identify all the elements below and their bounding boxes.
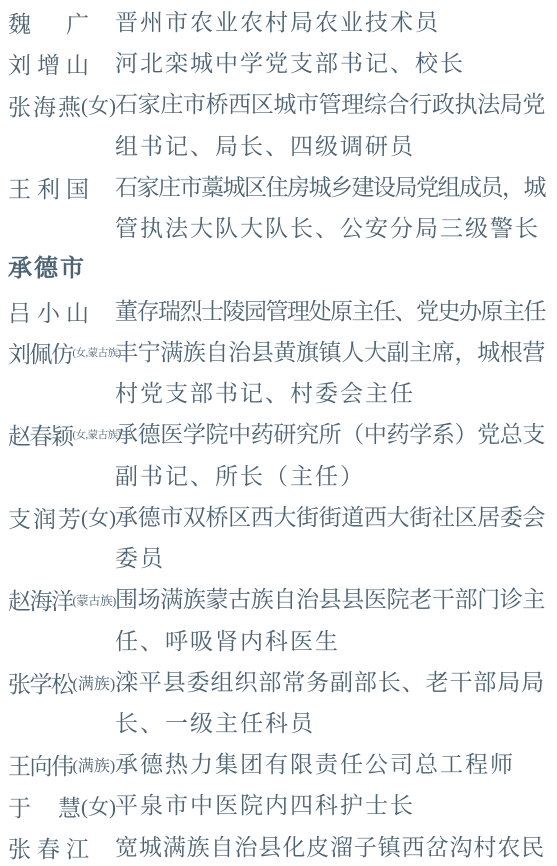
- person-title-line: 村党支部书记、村委会主任: [115, 373, 545, 414]
- person-title-line: 长、一级主任科员: [115, 703, 545, 744]
- person-name-text: 赵海洋: [8, 583, 73, 616]
- person-name: 王利国: [8, 167, 115, 208]
- honor-roll-list: 魏 广晋州市农业农村局农业技术员刘增山河北栾城中学党支部书记、校长张海燕(女)石…: [0, 2, 557, 866]
- person-title: 石家庄市藁城区住房城乡建设局党组成员，城管执法大队大队长、公安分局三级警长: [115, 167, 545, 249]
- person-name: 魏 广: [8, 2, 115, 43]
- person-name: 王向伟(满族): [8, 744, 115, 785]
- person-name-text: 吕小山: [8, 295, 95, 328]
- document-page: 魏 广晋州市农业农村局农业技术员刘增山河北栾城中学党支部书记、校长张海燕(女)石…: [0, 0, 557, 866]
- person-name-text: 刘增山: [8, 47, 95, 80]
- person-entry: 赵海洋(蒙古族)围场满族蒙古族自治县县医院老干部门诊主任、呼吸肾内科医生: [0, 579, 557, 661]
- person-name: 刘佩仿(女,蒙古族): [8, 332, 115, 373]
- person-entry: 王利国石家庄市藁城区住房城乡建设局党组成员，城管执法大队大队长、公安分局三级警长: [0, 167, 557, 249]
- person-name-annotation: (女,蒙古族): [73, 427, 121, 442]
- person-entry: 刘佩仿(女,蒙古族)丰宁满族自治县黄旗镇人大副主席，城根营村党支部书记、村委会主…: [0, 332, 557, 414]
- person-entry: 魏 广晋州市农业农村局农业技术员: [0, 2, 557, 43]
- person-title: 承德市双桥区西大街街道西大街社区居委会委员: [115, 497, 545, 579]
- person-title-line: 平泉市中医院内四科护士长: [115, 785, 545, 826]
- person-name-annotation: (女): [81, 502, 116, 532]
- person-title-line: 河北栾城中学党支部书记、校长: [115, 43, 545, 84]
- person-entry: 张学松(满族)滦平县委组织部常务副部长、老干部局局长、一级主任科员: [0, 662, 557, 744]
- person-title: 滦平县委组织部常务副部长、老干部局局长、一级主任科员: [115, 662, 545, 744]
- person-name-text: 支润芳: [8, 501, 83, 534]
- person-title: 围场满族蒙古族自治县县医院老干部门诊主任、呼吸肾内科医生: [115, 579, 545, 661]
- person-entry: 张春江宽城满族自治县化皮溜子镇西岔沟村农民: [0, 827, 557, 866]
- person-name-annotation: (满族): [73, 753, 116, 776]
- person-title: 宽城满族自治县化皮溜子镇西岔沟村农民: [115, 827, 545, 866]
- person-entry: 赵春颖(女,蒙古族)承德医学院中药研究所（中药学系）党总支副书记、所长（主任）: [0, 414, 557, 496]
- person-name-annotation: (蒙古族): [73, 591, 116, 609]
- person-title-line: 承德热力集团有限责任公司总工程师: [115, 744, 545, 785]
- person-title-line: 任、呼吸肾内科医生: [115, 621, 545, 662]
- person-title-line: 组书记、局长、四级调研员: [115, 126, 545, 167]
- person-title-line: 石家庄市藁城区住房城乡建设局党组成员，城: [115, 167, 545, 208]
- person-title: 承德热力集团有限责任公司总工程师: [115, 744, 545, 785]
- person-name-text: 张海燕: [8, 89, 83, 122]
- person-entry: 张海燕(女)石家庄市桥西区城市管理综合行政执法局党组书记、局长、四级调研员: [0, 84, 557, 166]
- person-title-line: 丰宁满族自治县黄旗镇人大副主席，城根营: [115, 332, 545, 373]
- person-name-text: 张学松: [8, 666, 73, 699]
- person-name-text: 刘佩仿: [8, 336, 73, 369]
- person-name-text: 王利国: [8, 171, 95, 204]
- person-name-text: 赵春颖: [8, 418, 73, 451]
- person-name: 刘增山: [8, 43, 115, 84]
- person-name: 赵海洋(蒙古族): [8, 579, 115, 620]
- section-header: 承德市: [0, 249, 557, 290]
- person-title-line: 滦平县委组织部常务副部长、老干部局局: [115, 662, 545, 703]
- person-title: 董存瑞烈士陵园管理处原主任、党史办原主任: [115, 291, 545, 332]
- person-name-text: 于 慧: [8, 790, 83, 823]
- person-name-text: 魏 广: [8, 6, 95, 39]
- person-title: 平泉市中医院内四科护士长: [115, 785, 545, 826]
- person-title-line: 副书记、所长（主任）: [115, 456, 545, 497]
- person-name-annotation: (女): [81, 791, 116, 821]
- person-title: 晋州市农业农村局农业技术员: [115, 2, 545, 43]
- person-entry: 刘增山河北栾城中学党支部书记、校长: [0, 43, 557, 84]
- person-name: 于 慧(女): [8, 785, 115, 826]
- person-entry: 于 慧(女)平泉市中医院内四科护士长: [0, 785, 557, 826]
- person-title-line: 管执法大队大队长、公安分局三级警长: [115, 208, 545, 249]
- person-name-annotation: (满族): [73, 671, 116, 694]
- person-title-line: 董存瑞烈士陵园管理处原主任、党史办原主任: [115, 291, 545, 332]
- person-name: 赵春颖(女,蒙古族): [8, 414, 115, 455]
- person-title: 石家庄市桥西区城市管理综合行政执法局党组书记、局长、四级调研员: [115, 84, 545, 166]
- person-title: 承德医学院中药研究所（中药学系）党总支副书记、所长（主任）: [115, 414, 545, 496]
- person-name: 张学松(满族): [8, 662, 115, 703]
- person-title-line: 委员: [115, 538, 545, 579]
- person-name: 张海燕(女): [8, 84, 115, 125]
- person-name-annotation: (女,蒙古族): [73, 345, 121, 360]
- person-title-line: 石家庄市桥西区城市管理综合行政执法局党: [115, 84, 545, 125]
- person-entry: 吕小山董存瑞烈士陵园管理处原主任、党史办原主任: [0, 291, 557, 332]
- person-name: 吕小山: [8, 291, 115, 332]
- person-title-line: 承德医学院中药研究所（中药学系）党总支: [115, 414, 545, 455]
- person-entry: 支润芳(女)承德市双桥区西大街街道西大街社区居委会委员: [0, 497, 557, 579]
- person-name: 支润芳(女): [8, 497, 115, 538]
- person-title-line: 围场满族蒙古族自治县县医院老干部门诊主: [115, 579, 545, 620]
- person-title-line: 承德市双桥区西大街街道西大街社区居委会: [115, 497, 545, 538]
- person-entry: 王向伟(满族)承德热力集团有限责任公司总工程师: [0, 744, 557, 785]
- person-name-text: 王向伟: [8, 748, 73, 781]
- person-title: 河北栾城中学党支部书记、校长: [115, 43, 545, 84]
- person-title: 丰宁满族自治县黄旗镇人大副主席，城根营村党支部书记、村委会主任: [115, 332, 545, 414]
- person-title-line: 晋州市农业农村局农业技术员: [115, 2, 545, 43]
- person-title-line: 宽城满族自治县化皮溜子镇西岔沟村农民: [115, 827, 545, 866]
- person-name-annotation: (女): [81, 90, 116, 120]
- person-name-text: 张春江: [8, 831, 95, 864]
- person-name: 张春江: [8, 827, 115, 866]
